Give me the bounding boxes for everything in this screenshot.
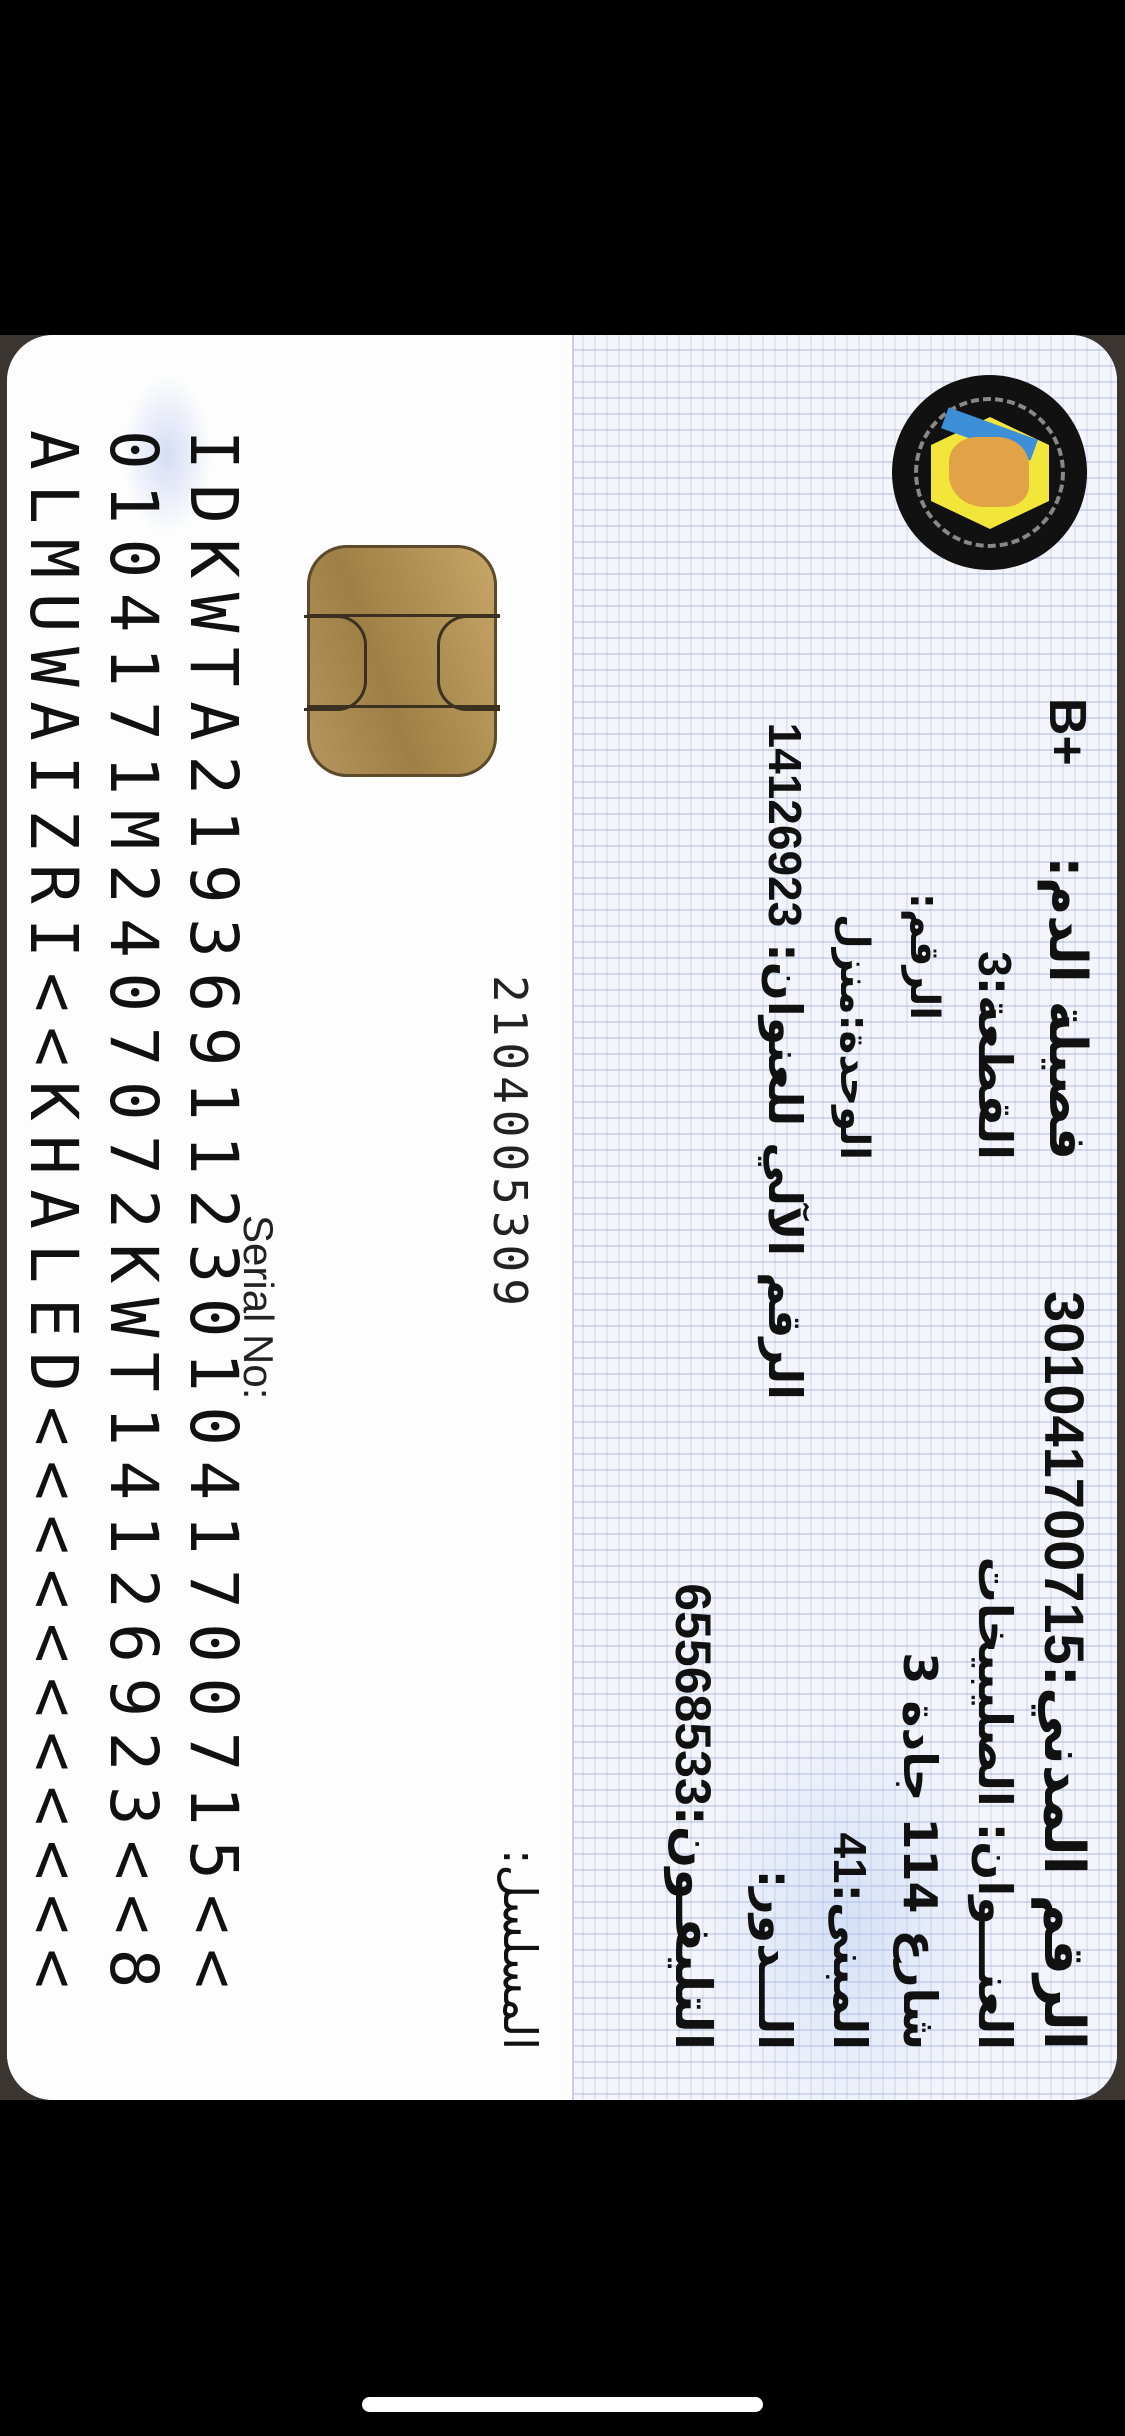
blood-type-row: فصيلة الدم: B+ xyxy=(1037,698,1097,1160)
zone-divider xyxy=(572,335,574,2100)
mrz-line-3: ALMUWAIZRI<<KHALED<<<<<<<<<<< xyxy=(15,430,92,2003)
address-label: العنـــوان: xyxy=(968,1823,1022,2050)
phone-row: التليفـون:65568533 xyxy=(664,1583,722,2050)
mrz-line-1: IDKWTA219369112301041700715<< xyxy=(175,430,252,2003)
paci-value: 14126923 xyxy=(759,723,811,928)
civil-id-value: 301041700715 xyxy=(1033,1291,1096,1665)
civil-id-row: الرقم المدني:301041700715 xyxy=(1031,1291,1097,2050)
serial-number: 2104005309 xyxy=(483,975,537,1312)
paci-label: الرقم الآلي للعنوان: xyxy=(758,943,812,1400)
home-indicator[interactable] xyxy=(362,2397,763,2412)
unit-row: الوحدة:منزل xyxy=(831,914,877,1160)
civil-id-card-back: الرقم المدني:301041700715 فصيلة الدم: B+… xyxy=(7,335,1117,2100)
plot-label: الرقم: xyxy=(901,893,947,1020)
civil-id-label: الرقم المدني: xyxy=(1031,1665,1096,2050)
unit-value: منزل xyxy=(831,914,877,1015)
street-row: شارع 114 جادة 3 xyxy=(893,1652,947,2050)
smart-chip-icon xyxy=(307,545,497,777)
floor-label: الـــدور: xyxy=(748,1870,802,2050)
blood-type-value: B+ xyxy=(1038,698,1096,766)
floor-row: الـــدور: xyxy=(748,1870,802,2050)
block-row: القطعة:3 xyxy=(968,951,1022,1160)
paci-row: الرقم الآلي للعنوان: 14126923 xyxy=(758,723,812,1400)
phone-label: التليفـون: xyxy=(664,1806,722,2050)
area-value: الصليبيخات xyxy=(968,1557,1022,1807)
blood-type-label: فصيلة الدم: xyxy=(1037,856,1097,1160)
street-value: شارع 114 جادة 3 xyxy=(893,1652,947,2050)
gcc-emblem-icon xyxy=(892,375,1087,570)
mrz-line-2: 0104171M2407072KWT14126923<<8 xyxy=(95,430,172,2003)
plot-row: الرقم: xyxy=(901,893,947,1020)
address-row: العنـــوان: الصليبيخات xyxy=(968,1557,1022,2050)
building-value: 41 xyxy=(824,1832,876,1883)
building-label: المبنى: xyxy=(823,1884,877,2050)
unit-label: الوحدة: xyxy=(831,1015,877,1160)
phone-value: 65568533 xyxy=(665,1583,721,1805)
serial-label-ar: المسلسل: xyxy=(493,1849,547,2050)
block-value: 3 xyxy=(969,951,1021,977)
building-row: المبنى:41 xyxy=(823,1832,877,2050)
block-label: القطعة: xyxy=(968,977,1022,1160)
